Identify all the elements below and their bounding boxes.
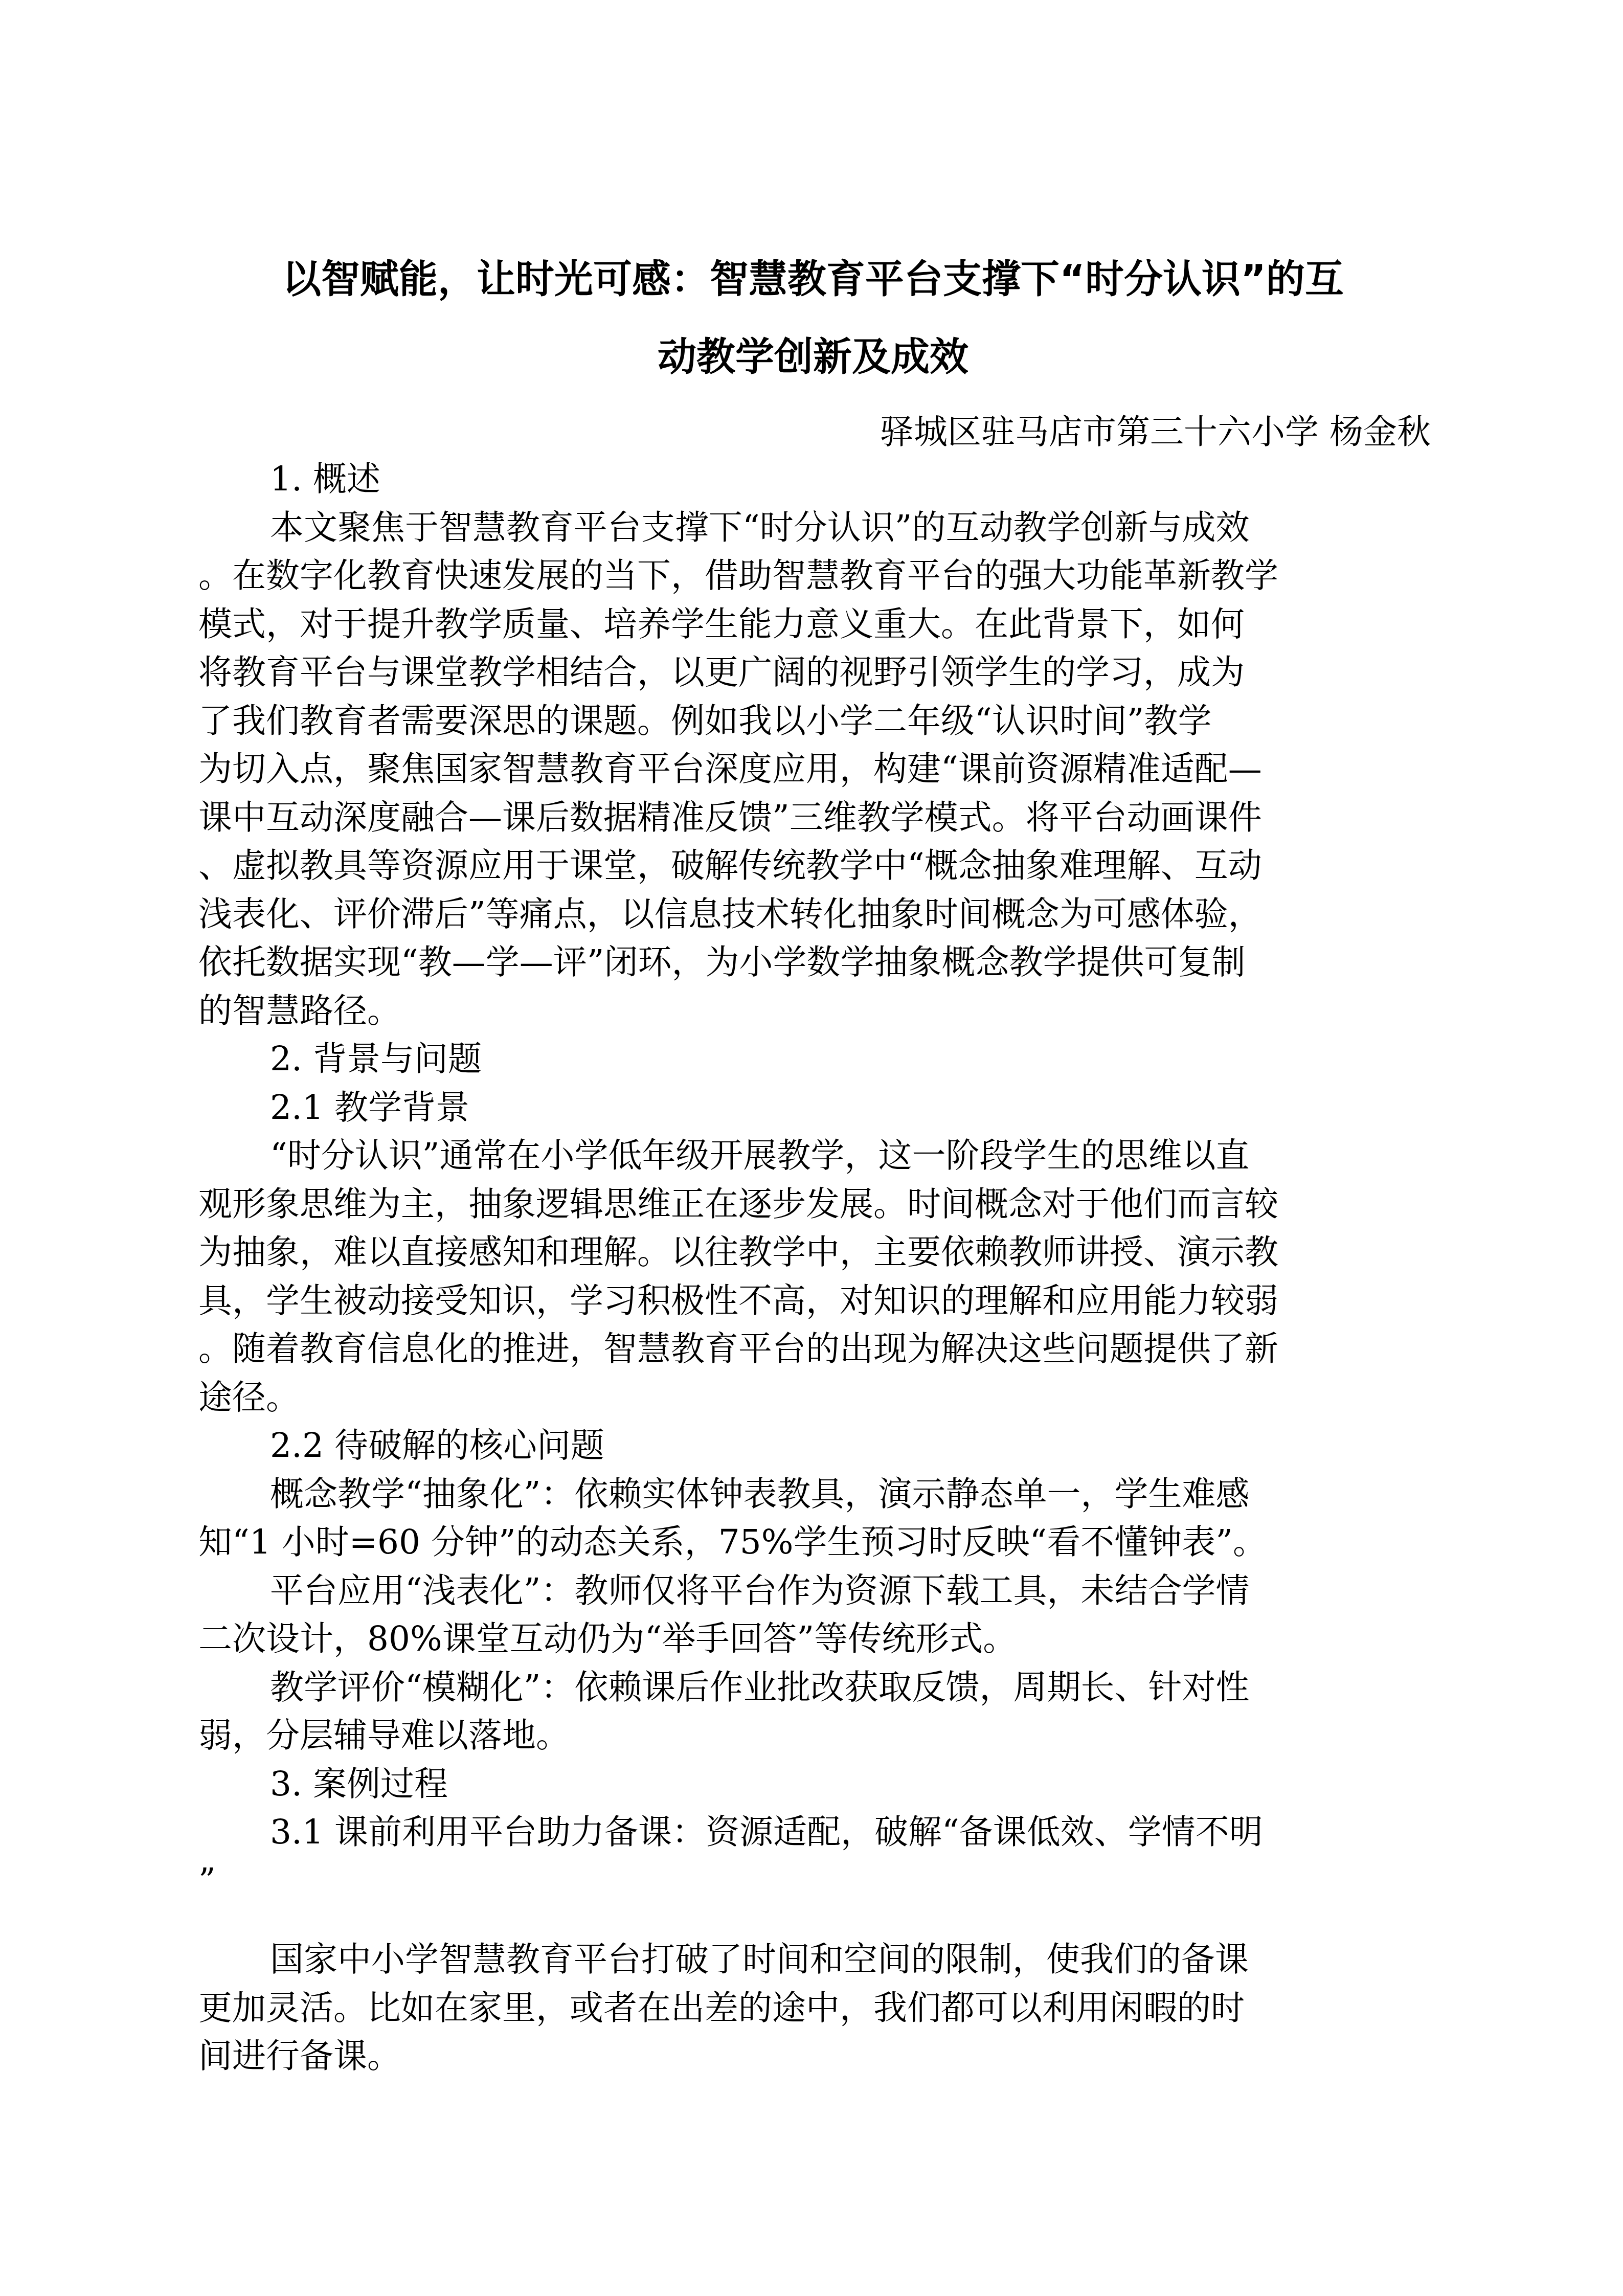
- subsection-heading-core-problems: 2.2 待破解的核心问题: [198, 1422, 1431, 1470]
- paragraph-line: 具，学生被动接受知识，学习积极性不高，对知识的理解和应用能力较弱: [198, 1277, 1431, 1325]
- section-heading-overview: 1. 概述: [198, 455, 1431, 504]
- section-heading-case-process: 3. 案例过程: [198, 1760, 1431, 1809]
- paragraph-line: 国家中小学智慧教育平台打破了时间和空间的限制，使我们的备课: [198, 1935, 1431, 1984]
- paragraph-line: 为切入点，聚焦国家智慧教育平台深度应用，构建“课前资源精准适配—: [198, 745, 1431, 794]
- section-heading-background: 2. 背景与问题: [198, 1035, 1431, 1084]
- paragraph-line: 概念教学“抽象化”：依赖实体钟表教具，演示静态单一，学生难感: [198, 1470, 1431, 1519]
- paragraph-line: 模式，对于提升教学质量、培养学生能力意义重大。在此背景下，如何: [198, 600, 1431, 649]
- spacer: [198, 1905, 1431, 1935]
- paragraph-line: 。在数字化教育快速发展的当下，借助智慧教育平台的强大功能革新教学: [198, 552, 1431, 600]
- document-title: 以智赋能，让时光可感：智慧教育平台支撑下“时分认识”的互 动教学创新及成效: [194, 240, 1432, 396]
- paragraph-line: 间进行备课。: [198, 2032, 1431, 2081]
- paragraph-line: “时分认识”通常在小学低年级开展教学，这一阶段学生的思维以直: [198, 1132, 1431, 1180]
- paragraph-line: 途径。: [198, 1374, 1431, 1422]
- paragraph-line: 了我们教育者需要深思的课题。例如我以小学二年级“认识时间”教学: [198, 697, 1431, 746]
- author-byline: 驿城区驻马店市第三十六小学 杨金秋: [880, 407, 1431, 458]
- paragraph-platform-preparation: 国家中小学智慧教育平台打破了时间和空间的限制，使我们的备课 更加灵活。比如在家里…: [198, 1935, 1431, 2081]
- subsection-heading-preclass-preparation: 3.1 课前利用平台助力备课：资源适配，破解“备课低效、学情不明 ”: [198, 1808, 1431, 1905]
- paragraph-line: 将教育平台与课堂教学相结合，以更广阔的视野引领学生的学习，成为: [198, 648, 1431, 697]
- paragraph-line: 弱，分层辅导难以落地。: [198, 1712, 1431, 1760]
- document-body: 1. 概述 本文聚焦于智慧教育平台支撑下“时分认识”的互动教学创新与成效 。在数…: [198, 455, 1431, 2081]
- heading-line: 3.1 课前利用平台助力备课：资源适配，破解“备课低效、学情不明: [198, 1808, 1431, 1857]
- paragraph-line: 观形象思维为主，抽象逻辑思维正在逐步发展。时间概念对于他们而言较: [198, 1180, 1431, 1229]
- paragraph-evaluation-vague: 教学评价“模糊化”：依赖课后作业批改获取反馈，周期长、针对性 弱，分层辅导难以落…: [198, 1663, 1431, 1760]
- paragraph-line: 更加灵活。比如在家里，或者在出差的途中，我们都可以利用闲暇的时: [198, 1984, 1431, 2033]
- paragraph-platform-superficial: 平台应用“浅表化”：教师仅将平台作为资源下载工具，未结合学情 二次设计，80%课…: [198, 1567, 1431, 1663]
- document-page: 以智赋能，让时光可感：智慧教育平台支撑下“时分认识”的互 动教学创新及成效 驿城…: [0, 0, 1623, 2296]
- paragraph-line: 教学评价“模糊化”：依赖课后作业批改获取反馈，周期长、针对性: [198, 1663, 1431, 1712]
- paragraph-line: 。随着教育信息化的推进，智慧教育平台的出现为解决这些问题提供了新: [198, 1325, 1431, 1374]
- paragraph-line: 知“1 小时=60 分钟”的动态关系，75%学生预习时反映“看不懂钟表”。: [198, 1518, 1431, 1567]
- paragraph-line: 、虚拟教具等资源应用于课堂，破解传统教学中“概念抽象难理解、互动: [198, 842, 1431, 890]
- paragraph-overview: 本文聚焦于智慧教育平台支撑下“时分认识”的互动教学创新与成效 。在数字化教育快速…: [198, 504, 1431, 1036]
- heading-line: ”: [198, 1857, 1431, 1905]
- paragraph-line: 浅表化、评价滞后”等痛点，以信息技术转化抽象时间概念为可感体验，: [198, 890, 1431, 939]
- paragraph-line: 平台应用“浅表化”：教师仅将平台作为资源下载工具，未结合学情: [198, 1567, 1431, 1615]
- paragraph-line: 依托数据实现“教—学—评”闭环，为小学数学抽象概念教学提供可复制: [198, 938, 1431, 987]
- paragraph-teaching-background: “时分认识”通常在小学低年级开展教学，这一阶段学生的思维以直 观形象思维为主，抽…: [198, 1132, 1431, 1422]
- paragraph-line: 二次设计，80%课堂互动仍为“举手回答”等传统形式。: [198, 1615, 1431, 1663]
- title-line: 动教学创新及成效: [194, 318, 1432, 396]
- subsection-heading-teaching-background: 2.1 教学背景: [198, 1084, 1431, 1132]
- paragraph-line: 的智慧路径。: [198, 987, 1431, 1036]
- paragraph-concept-abstraction: 概念教学“抽象化”：依赖实体钟表教具，演示静态单一，学生难感 知“1 小时=60…: [198, 1470, 1431, 1567]
- paragraph-line: 为抽象，难以直接感知和理解。以往教学中，主要依赖教师讲授、演示教: [198, 1228, 1431, 1277]
- paragraph-line: 课中互动深度融合—课后数据精准反馈”三维教学模式。将平台动画课件: [198, 794, 1431, 842]
- title-line: 以智赋能，让时光可感：智慧教育平台支撑下“时分认识”的互: [194, 240, 1432, 318]
- paragraph-line: 本文聚焦于智慧教育平台支撑下“时分认识”的互动教学创新与成效: [198, 504, 1431, 552]
